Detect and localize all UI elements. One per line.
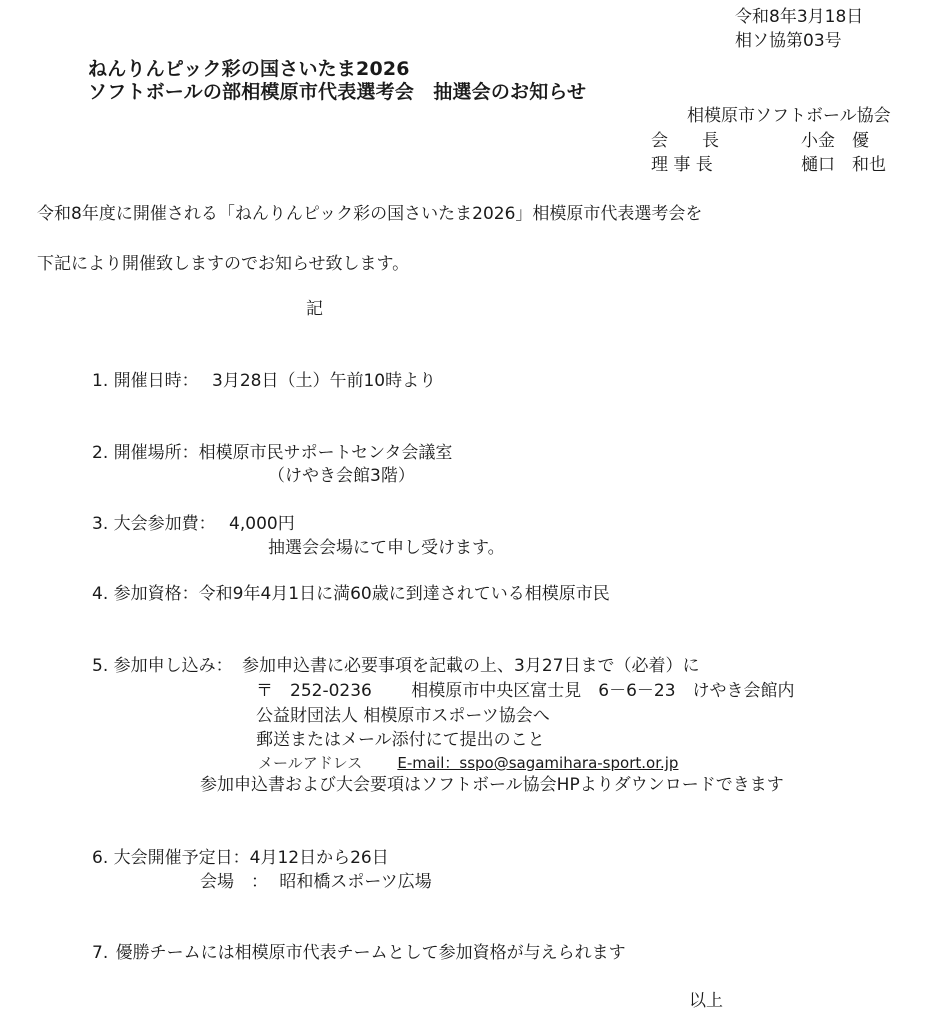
recipient: 公益財団法人 相模原市スポーツ協会へ: [256, 705, 550, 727]
intro-line-2: 下記により開催致しますのでお知らせ致します。: [37, 253, 409, 275]
item-text: 3月28日（土）午前10時より: [212, 371, 436, 391]
item-label: 7.: [92, 943, 108, 963]
venue: 昭和橋スポーツ広場: [279, 872, 431, 892]
signatory-role: 会 長: [651, 130, 801, 152]
signatory-name: 小金 優: [801, 131, 869, 151]
venue-row: 会場 ： 昭和橋スポーツ広場: [200, 871, 432, 893]
intro-line-1: 令和8年度に開催される「ねんりんピック彩の国さいたま2026」相模原市代表選考会…: [37, 203, 702, 225]
item-label: 4. 参加資格：: [92, 584, 199, 604]
item-text: 参加申込書に必要事項を記載の上、3月27日まで（必着）に: [242, 656, 699, 676]
item-label: 6. 大会開催予定日：: [92, 848, 250, 868]
item-text: 優勝チームには相模原市代表チームとして参加資格が与えられます: [116, 943, 626, 963]
item-label: 3. 大会参加費：: [92, 514, 216, 534]
issue-date: 令和8年3月18日: [735, 6, 863, 28]
item-text: 4月12日から26日: [250, 848, 389, 868]
item-text: 4,000円: [229, 514, 295, 534]
email-label: メールアドレス: [258, 754, 362, 772]
email-row: メールアドレス E-mail：sspo@sagamihara-sport.or.…: [258, 752, 678, 773]
postal-code: 〒 252-0236: [256, 681, 372, 701]
ki-heading: 記: [306, 298, 323, 320]
postal-address-row: 〒 252-0236 相模原市中央区富士見 6－6－23 けやき会館内: [256, 680, 795, 702]
item-label: 5. 参加申し込み：: [92, 656, 233, 676]
submission-method: 郵送またはメール添付にて提出のこと: [256, 729, 545, 751]
item-6: 6. 大会開催予定日：4月12日から26日: [92, 847, 389, 869]
title-line-1: ねんりんピック彩の国さいたま2026: [88, 57, 410, 81]
item-text: 相模原市民サポートセンタ会議室: [199, 443, 453, 463]
address: 相模原市中央区富士見 6－6－23 けやき会館内: [411, 681, 794, 701]
item-label: 1. 開催日時：: [92, 371, 199, 391]
item-text: 令和9年4月1日に満60歳に到達されている相模原市民: [199, 584, 610, 604]
signatory-row: 会 長小金 優: [651, 130, 869, 152]
issuer-organization: 相模原市ソフトボール協会: [687, 105, 891, 127]
venue-label: 会場 ：: [200, 872, 268, 892]
signatory-name: 樋口 和也: [801, 155, 886, 175]
item-4: 4. 参加資格：令和9年4月1日に満60歳に到達されている相模原市民: [92, 583, 610, 605]
item-7: 7. 優勝チームには相模原市代表チームとして参加資格が与えられます: [92, 942, 626, 964]
signatory-role: 理 事 長: [651, 154, 801, 176]
item-1: 1. 開催日時： 3月28日（土）午前10時より: [92, 370, 436, 392]
item-3: 3. 大会参加費： 4,000円: [92, 513, 295, 535]
item-label: 2. 開催場所：: [92, 443, 199, 463]
title-line-2: ソフトボールの部相模原市代表選考会 抽選会のお知らせ: [88, 80, 586, 104]
item-2: 2. 開催場所：相模原市民サポートセンタ会議室: [92, 442, 452, 464]
download-note: 参加申込書および大会要項はソフトボール協会HPよりダウンロードできます: [200, 774, 784, 796]
email-link[interactable]: E-mail：sspo@sagamihara-sport.or.jp: [397, 754, 678, 772]
item-5: 5. 参加申し込み： 参加申込書に必要事項を記載の上、3月27日まで（必着）に: [92, 655, 699, 677]
closing-ijou: 以上: [689, 990, 723, 1012]
signatory-row: 理 事 長樋口 和也: [651, 154, 886, 176]
item-3-sub: 抽選会会場にて申し受けます。: [268, 537, 505, 559]
document-number: 相ソ協第03号: [735, 30, 842, 52]
item-2-sub: （けやき会館3階）: [268, 465, 415, 487]
